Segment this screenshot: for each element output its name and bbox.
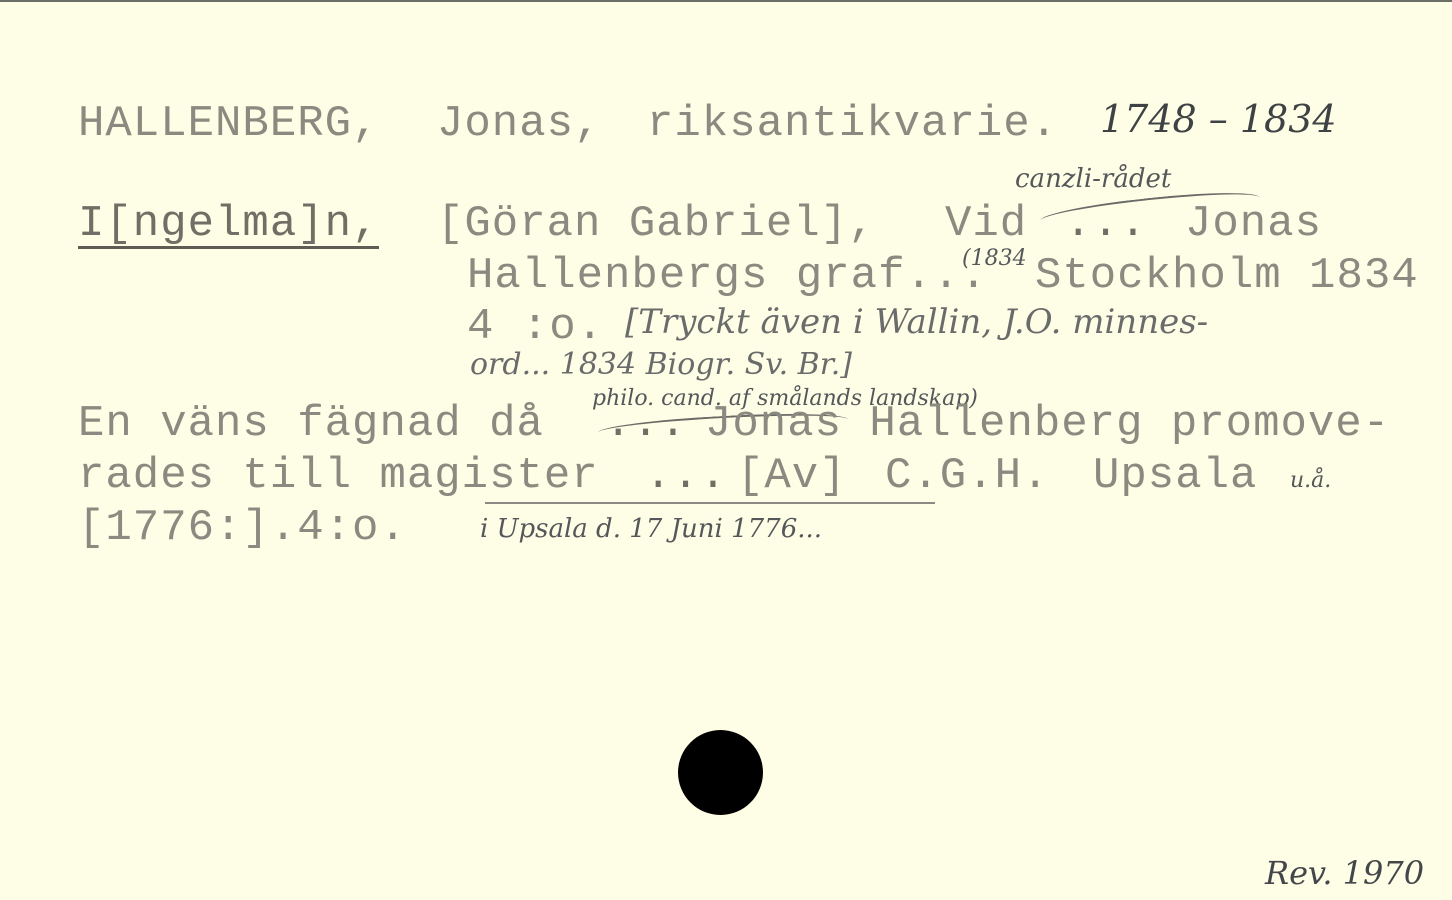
entry2-insert-brace [485,502,935,504]
entry2-place: Upsala [1093,454,1257,498]
heading-title: riksantikvarie. [647,102,1058,146]
revision-note: Rev. 1970 [1265,857,1424,889]
entry2-line1-end: Jonas Hallenberg promove- [705,402,1390,446]
entry1-note-line2: ord... 1834 Biogr. Sv. Br.] [470,350,852,380]
entry2-line3: [1776:].4:o. [78,506,407,550]
entry2-line2-ellipsis: ... [645,454,727,498]
entry1-insert-above: canzli-rådet [1015,166,1171,192]
entry1-format: 4 :o. [467,305,604,349]
entry1-ellipsis: ... [1065,202,1147,246]
entry2-line1-ellipsis: ... [605,402,687,446]
entry1-note-line1: [Tryckt även i Wallin, J.O. minnes- [625,305,1208,339]
entry2-line1-start: En väns fägnad då [78,402,544,446]
heading-name: HALLENBERG, [78,102,379,146]
entry1-title-start: Vid [945,202,1027,246]
entry2-place-note: u.å. [1290,470,1331,492]
entry2-line2: rades till magister [78,454,599,498]
entry1-place-year: Stockholm 1834 [1035,254,1419,298]
punch-hole [678,730,763,815]
entry1-line2: Hallenbergs graf... [467,254,988,298]
entry2-author-initials: C.G.H. [885,454,1049,498]
entry1-insert-year: (1834 [962,248,1027,270]
heading-given-name: Jonas, [437,102,601,146]
entry1-title-cont: Jonas [1185,202,1322,246]
entry1-author-full: [Göran Gabriel], [437,202,875,246]
catalog-card: HALLENBERG, Jonas, riksantikvarie. 1748 … [0,0,1452,900]
heading-life-dates: 1748 – 1834 [1100,100,1337,138]
entry2-insert-below: i Upsala d. 17 Juni 1776... [480,516,822,542]
entry1-author: I[ngelma]n, [78,202,379,249]
entry2-author-bracket: [Av] [737,454,847,498]
